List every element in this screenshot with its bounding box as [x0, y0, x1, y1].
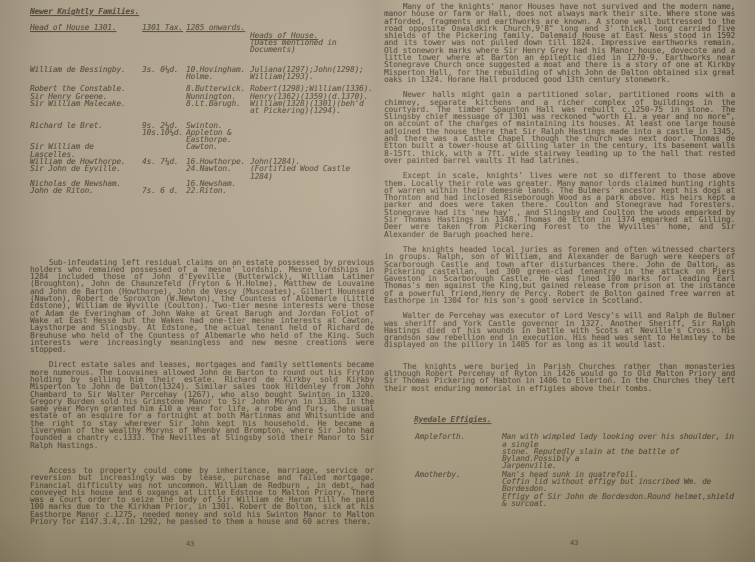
effigy-place: Amotherby. [415, 471, 502, 478]
head-of-house: Richard le Bret. [30, 122, 142, 129]
head-of-house: William de Bessingby. [30, 66, 142, 73]
paragraph: The knights headed local juries as forem… [384, 246, 735, 304]
left-page: Newer Knightly Families. Head of House 1… [30, 8, 374, 525]
effigy-entry: Ampleforth. Man with wimpled lady lookin… [384, 433, 735, 469]
page-number-left: 43 [186, 541, 194, 548]
left-page-body: Sub-infeudating left residual claims on … [30, 259, 374, 526]
paragraph: Access to property could come by inherit… [30, 467, 374, 525]
effigy-entry: Amotherby. Man's head sunk in quatrefoil… [384, 471, 735, 507]
page-number-right: 43 [570, 540, 578, 547]
holdings-1285: 22.Riton. [186, 187, 250, 194]
paragraph: Walter de Percehay was executor of Lord … [384, 312, 735, 348]
paragraph: Direct estate sales and leases, mortgage… [30, 361, 374, 449]
section-title: Newer Knightly Families. [30, 8, 374, 15]
head-of-house: Sir William de Lascelles. [30, 143, 142, 158]
heads-of-house-dates: Juliana(1297);John(1298); William(1293). [250, 66, 374, 81]
tax-1301: 7s. 6 d. [142, 187, 186, 194]
paragraph: Except in scale, knights' lives were not… [384, 172, 735, 238]
head-of-house: John de Riton. [30, 187, 142, 194]
paragraph: Sub-infeudating left residual claims on … [30, 259, 374, 354]
column-header: Head of House 1301. [30, 24, 142, 31]
holdings-1285: 24.Nawton. [186, 165, 250, 172]
table-row: Sir John de Eyville. 24.Nawton. (Fortifi… [30, 165, 374, 180]
paragraph: Many of the knights' manor Houses have n… [384, 3, 735, 83]
heads-of-house-dates: (Fortified Wood Castle 1284) [250, 165, 374, 180]
holdings-1285: Cawton. [186, 143, 250, 150]
tax-1301: 4s. 7¼d. [142, 158, 186, 165]
head-of-house: Sir John de Eyville. [30, 165, 142, 172]
table-row: Sir William Malecake. 8.Lt.Barugh. Willi… [30, 100, 374, 115]
tax-1301: 3s. 0¼d. [142, 66, 186, 73]
paragraph: The knights were buried in Parish Church… [384, 363, 735, 392]
head-of-house: Sir William Malecake. [30, 100, 142, 107]
effigy-place: Ampleforth. [415, 433, 502, 440]
table-row: William de Bessingby. 3s. 0¼d. 10.Hoving… [30, 66, 374, 81]
table-row: Richard le Bret. 9s. 2¼d. 10s.10¼d. Swin… [30, 122, 374, 144]
table-row: John de Riton. 7s. 6 d. 22.Riton. [30, 187, 374, 194]
holdings-1285: Swinton. Appleton & Easthorpe. [186, 122, 250, 144]
column-header-note: (Dates mentioned in Documents) [250, 39, 374, 54]
knightly-families-table: Head of House 1301. 1301 Tax. 1285 onwar… [30, 24, 374, 194]
column-header: 1301 Tax. [142, 24, 186, 31]
column-header: Heads of House. (Dates mentioned in Docu… [250, 24, 374, 60]
column-header: 1285 onwards. [186, 24, 250, 31]
ryedale-effigies-section: Ryedale Effigies. Ampleforth. Man with w… [384, 416, 735, 507]
heads-of-house-dates: William(1328)(1301)(beh'd at Pickering)(… [250, 100, 374, 115]
paragraph: Newer halls might gain a partitioned sol… [384, 91, 735, 164]
tax-1301: 9s. 2¼d. 10s.10¼d. [142, 122, 186, 137]
table-header-row: Head of House 1301. 1301 Tax. 1285 onwar… [30, 24, 374, 60]
right-page: Many of the knights' manor Houses have n… [384, 3, 735, 508]
holdings-1285: 8.Lt.Barugh. [186, 100, 250, 107]
effigy-description: Man's head sunk in quatrefoil. Coffin li… [502, 471, 735, 507]
table-row: Sir William de Lascelles. Cawton. [30, 143, 374, 158]
effigy-description: Man with wimpled lady looking over his s… [502, 433, 735, 469]
effigies-heading: Ryedale Effigies. [414, 416, 735, 423]
book-spread: Newer Knightly Families. Head of House 1… [0, 0, 755, 562]
holdings-1285: 10.Hovingham. Holme. [186, 66, 250, 81]
